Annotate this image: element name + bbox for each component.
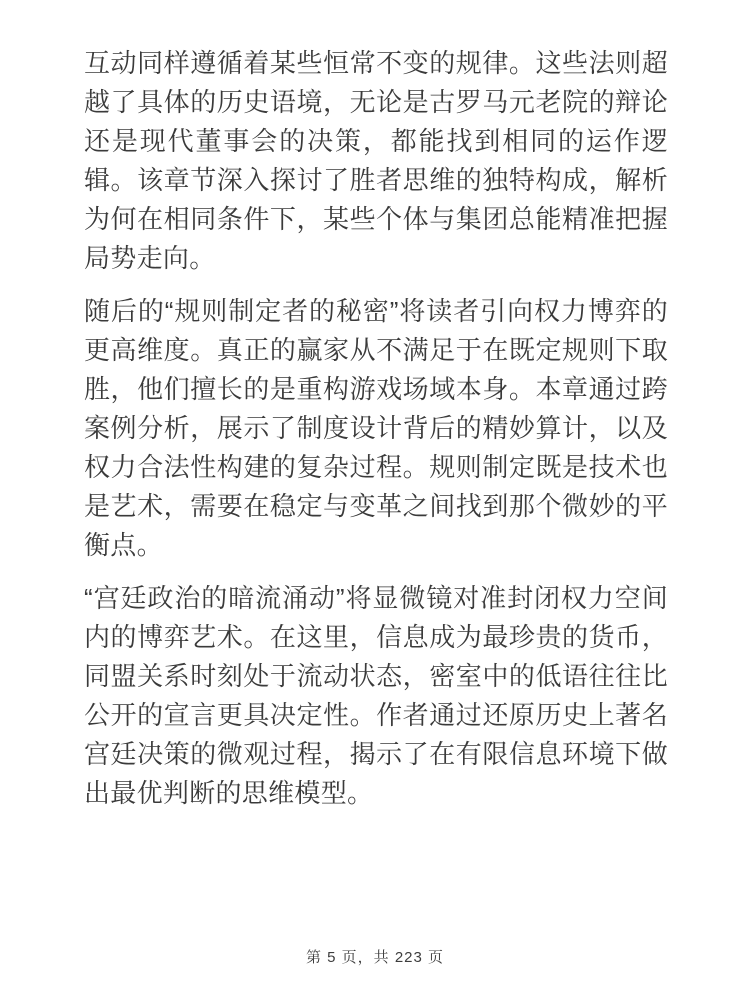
paragraph: 互动同样遵循着某些恒常不变的规律。这些法则超越了具体的历史语境，无论是古罗马元老… bbox=[84, 44, 668, 278]
paragraph: 随后的“规则制定者的秘密”将读者引向权力博弈的更高维度。真正的赢家从不满足于在既… bbox=[84, 292, 668, 565]
paragraph: “宫廷政治的暗流涌动”将显微镜对准封闭权力空间内的博弈艺术。在这里，信息成为最珍… bbox=[84, 579, 668, 813]
document-page: 互动同样遵循着某些恒常不变的规律。这些法则超越了具体的历史语境，无论是古罗马元老… bbox=[0, 0, 750, 1000]
page-content: 互动同样遵循着某些恒常不变的规律。这些法则超越了具体的历史语境，无论是古罗马元老… bbox=[84, 44, 668, 827]
page-indicator: 第 5 页，共 223 页 bbox=[0, 948, 750, 968]
